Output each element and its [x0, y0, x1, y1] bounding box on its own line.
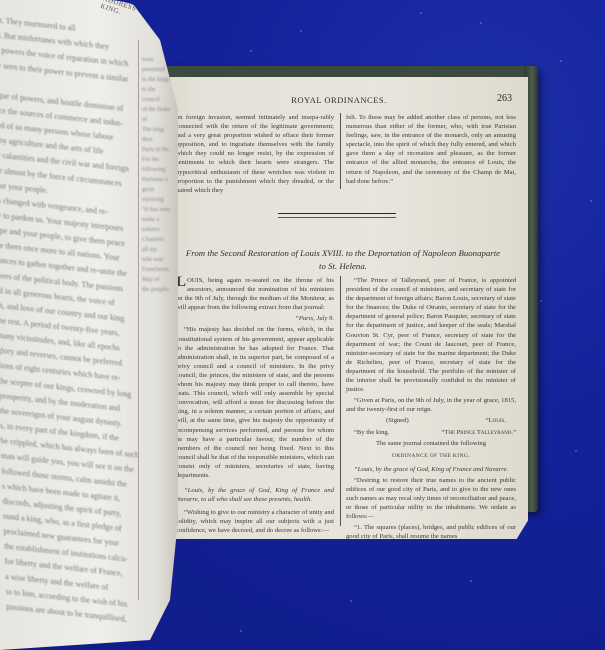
journal-line: The same journal contained the following	[346, 439, 516, 448]
ordinance-preamble: “Desiring to restore their true names to…	[346, 476, 516, 521]
column-rule	[340, 113, 341, 189]
running-head: ROYAL ORDINANCES.	[150, 95, 528, 105]
signed-name: “Louis.	[486, 416, 506, 425]
top-right-column: felt. To these may be added another clas…	[346, 113, 516, 188]
ordinance-proclamation: “Louis, by the grace of God, King of Fra…	[346, 465, 516, 474]
proclamation: “Louis, by the grace of God, King of Fra…	[176, 486, 334, 504]
signed-label: (Signed)	[386, 417, 409, 424]
section-title: From the Second Restoration of Louis XVI…	[170, 247, 516, 273]
body-right-column: “The Prince of Talleyrand, peer of Franc…	[346, 276, 516, 544]
page-number: 263	[497, 93, 512, 104]
left-page: ADDRESS TO THE KING. ment. They murmured…	[0, 0, 178, 650]
body-left-column: LOUIS, being again re-seated on the thro…	[176, 276, 334, 538]
left-page-second-column: were presented in the king's to the coun…	[142, 55, 172, 295]
column-rule	[340, 276, 341, 526]
section-divider-rule	[278, 213, 396, 218]
ministers-paragraph: “The Prince of Talleyrand, peer of Franc…	[346, 276, 516, 394]
countersign: “The Prince Talleyrand.”	[441, 428, 516, 437]
left-page-text: ment. They murmured to all read. But mis…	[0, 11, 146, 628]
ordinance-heading: ORDINANCE OF THE KING.	[346, 452, 516, 461]
top-left-column: on foreign invasion, seemed intimately a…	[176, 113, 334, 197]
ministry-paragraph: “His majesty has decided on the forms, w…	[176, 325, 334, 480]
decree-paragraph: “Wishing to give to our ministry a chara…	[176, 508, 334, 535]
ordinance-article-1: “1. The squares (places), bridges, and p…	[346, 523, 516, 541]
right-page: ROYAL ORDINANCES. 263 on foreign invasio…	[150, 77, 528, 539]
left-column-rule	[138, 40, 139, 600]
dateline: “Paris, July 9.	[176, 314, 334, 323]
by-the-king: “By the king.	[354, 429, 389, 436]
given-at-paris: “Given at Paris, on the 9th of July, in …	[346, 396, 516, 414]
opening-paragraph: LOUIS, being again re-seated on the thro…	[176, 276, 334, 312]
